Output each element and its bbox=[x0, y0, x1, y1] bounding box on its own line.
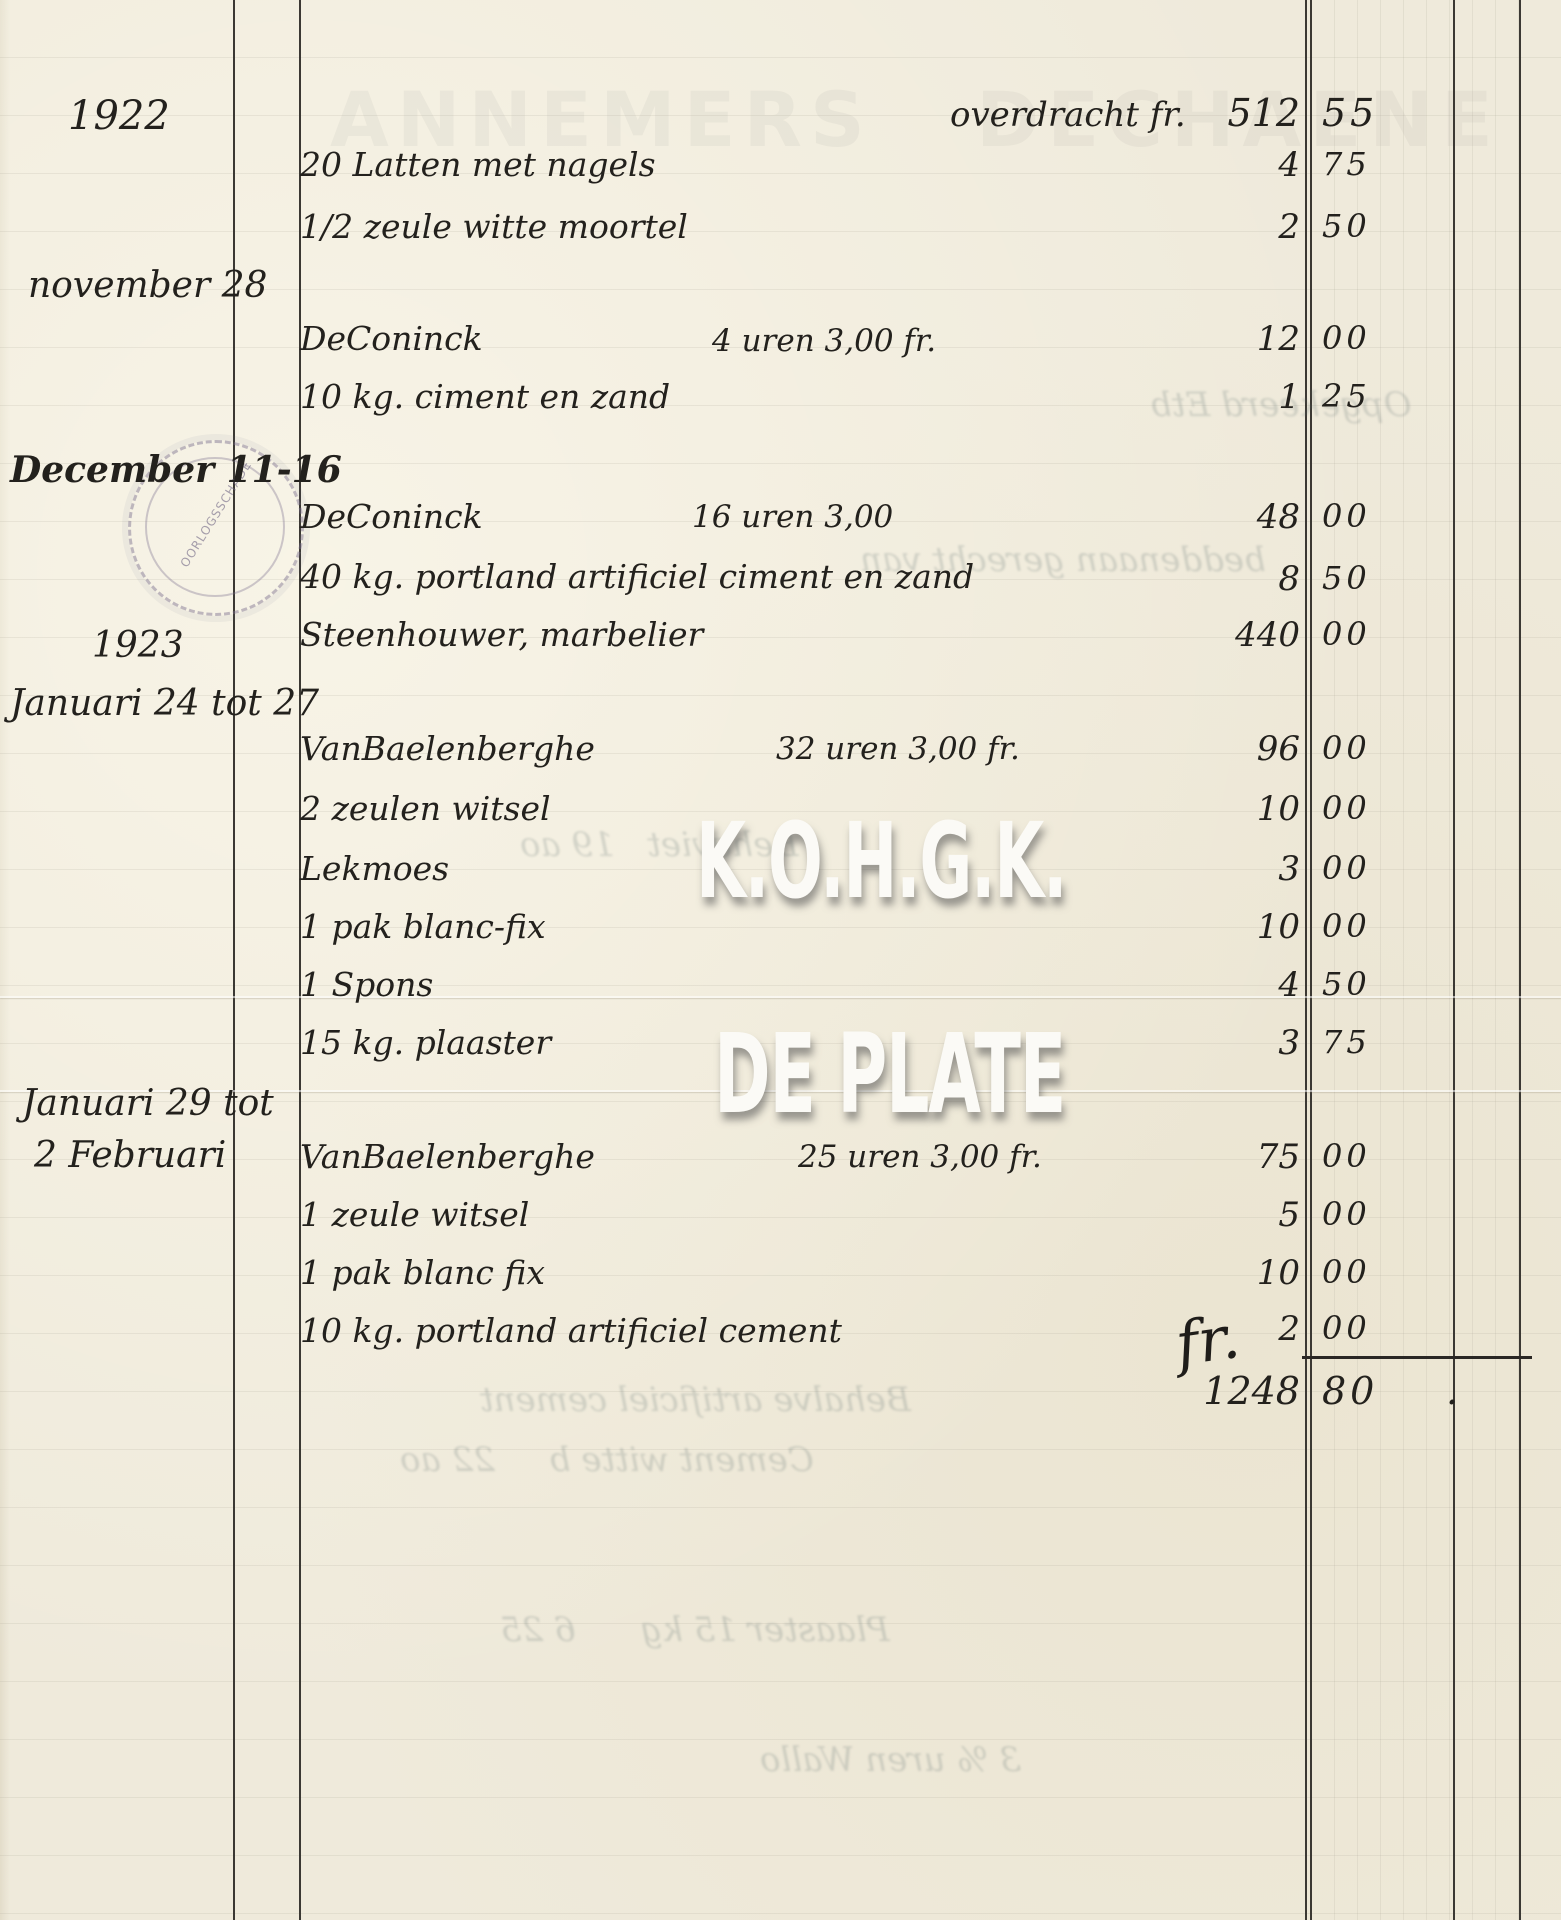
total-franc: 1248 bbox=[1170, 1372, 1300, 1410]
date-januari-29: Januari 29 tot bbox=[22, 1086, 274, 1122]
bleed-through-text: Behalve artificiel cement bbox=[480, 1380, 911, 1420]
watermark-de-plate: DE PLATE bbox=[714, 1010, 1065, 1138]
entry-rate: 25 uren 3,00 fr. bbox=[798, 1142, 1042, 1173]
entry-description: 1 pak blanc fix bbox=[300, 1256, 545, 1289]
bleed-through-text: Plaaster 15 kg 6 25 bbox=[500, 1610, 890, 1650]
carry-over-cent: 55 bbox=[1322, 94, 1432, 132]
entry-cent: 00 bbox=[1322, 1198, 1432, 1230]
amount-grid bbox=[1312, 0, 1520, 1920]
rule-amount-left-2 bbox=[1310, 0, 1312, 1920]
rule-amount-left-1 bbox=[1305, 0, 1307, 1920]
total-decimal-point: . bbox=[1446, 1372, 1458, 1410]
entry-cent: 50 bbox=[1322, 210, 1432, 242]
entry-description: 15 kg. plaaster bbox=[300, 1026, 551, 1059]
entry-description: 10 kg. ciment en zand bbox=[300, 380, 670, 413]
entry-description: 1 Spons bbox=[300, 968, 433, 1001]
rule-description bbox=[299, 0, 301, 1920]
entry-cent: 00 bbox=[1322, 1256, 1432, 1288]
bleed-through-text: 3 % uren Wallo bbox=[760, 1740, 1021, 1780]
date-november: november 28 bbox=[28, 268, 267, 304]
entry-cent: 50 bbox=[1322, 968, 1432, 1000]
entry-franc: 75 bbox=[1170, 1140, 1300, 1174]
entry-rate: 32 uren 3,00 fr. bbox=[776, 734, 1020, 765]
rule-amount-right bbox=[1519, 0, 1521, 1920]
entry-description: VanBaelenberghe bbox=[300, 1140, 595, 1173]
entry-cent: 00 bbox=[1322, 852, 1432, 884]
entry-rate: 16 uren 3,00 bbox=[692, 502, 893, 533]
entry-cent: 00 bbox=[1322, 618, 1432, 650]
entry-franc: 10 bbox=[1170, 910, 1300, 944]
entry-franc: 48 bbox=[1170, 500, 1300, 534]
entry-franc: 440 bbox=[1170, 618, 1300, 652]
date-februari-2: 2 Februari bbox=[34, 1138, 226, 1174]
entry-description: 40 kg. portland artificiel ciment en zan… bbox=[300, 560, 974, 593]
entry-cent: 50 bbox=[1322, 562, 1432, 594]
entry-description: 1 pak blanc-fix bbox=[300, 910, 546, 943]
watermark-kohgk: K.O.H.G.K. bbox=[696, 800, 1066, 922]
entry-cent: 00 bbox=[1322, 322, 1432, 354]
entry-cent: 00 bbox=[1322, 910, 1432, 942]
entry-description: VanBaelenberghe bbox=[300, 732, 595, 765]
entry-rate: 4 uren 3,00 fr. bbox=[712, 326, 936, 357]
rule-franc-cent bbox=[1453, 0, 1455, 1920]
year-1923: 1923 bbox=[92, 628, 184, 664]
entry-cent: 25 bbox=[1322, 380, 1432, 412]
entry-description: 20 Latten met nagels bbox=[300, 148, 656, 181]
entry-description: DeConinck bbox=[300, 500, 483, 533]
ledger-page: ANNEMERS DECHAENE Opgekeerd Etb beddenaa… bbox=[0, 0, 1561, 1920]
entry-cent: 00 bbox=[1322, 792, 1432, 824]
carry-over-franc: 512 bbox=[1170, 94, 1300, 132]
entry-franc: 5 bbox=[1170, 1198, 1300, 1232]
total-underline bbox=[1302, 1356, 1532, 1359]
entry-description: Steenhouwer, marbelier bbox=[300, 618, 703, 651]
entry-description: 2 zeulen witsel bbox=[300, 792, 551, 825]
entry-description: 10 kg. portland artificiel cement bbox=[300, 1314, 842, 1347]
carry-over-label: overdracht fr. bbox=[950, 98, 1186, 132]
entry-cent: 00 bbox=[1322, 1312, 1432, 1344]
entry-description: 1/2 zeule witte moortel bbox=[300, 210, 688, 243]
entry-cent: 75 bbox=[1322, 148, 1432, 180]
entry-franc: 3 bbox=[1170, 1026, 1300, 1060]
entry-description: Lekmoes bbox=[300, 852, 449, 885]
bleed-through-text: Cement witte b 22 ao bbox=[400, 1440, 814, 1480]
total-cent: 80 bbox=[1322, 1372, 1432, 1410]
year-1922: 1922 bbox=[68, 96, 170, 136]
entry-description: 1 zeule witsel bbox=[300, 1198, 529, 1231]
entry-cent: 75 bbox=[1322, 1026, 1432, 1058]
entry-franc: 10 bbox=[1170, 792, 1300, 826]
entry-franc: 4 bbox=[1170, 148, 1300, 182]
entry-cent: 00 bbox=[1322, 732, 1432, 764]
entry-description: DeConinck bbox=[300, 322, 483, 355]
entry-franc: 3 bbox=[1170, 852, 1300, 886]
entry-franc: 10 bbox=[1170, 1256, 1300, 1290]
entry-franc: 1 bbox=[1170, 380, 1300, 414]
date-januari-24: Januari 24 tot 27 bbox=[10, 686, 319, 722]
entry-cent: 00 bbox=[1322, 1140, 1432, 1172]
entry-franc: 4 bbox=[1170, 968, 1300, 1002]
entry-franc: 96 bbox=[1170, 732, 1300, 766]
entry-franc: 2 bbox=[1170, 210, 1300, 244]
entry-cent: 00 bbox=[1322, 500, 1432, 532]
entry-franc: 12 bbox=[1170, 322, 1300, 356]
date-december: December 11-16 bbox=[10, 452, 342, 488]
entry-franc: 8 bbox=[1170, 562, 1300, 596]
